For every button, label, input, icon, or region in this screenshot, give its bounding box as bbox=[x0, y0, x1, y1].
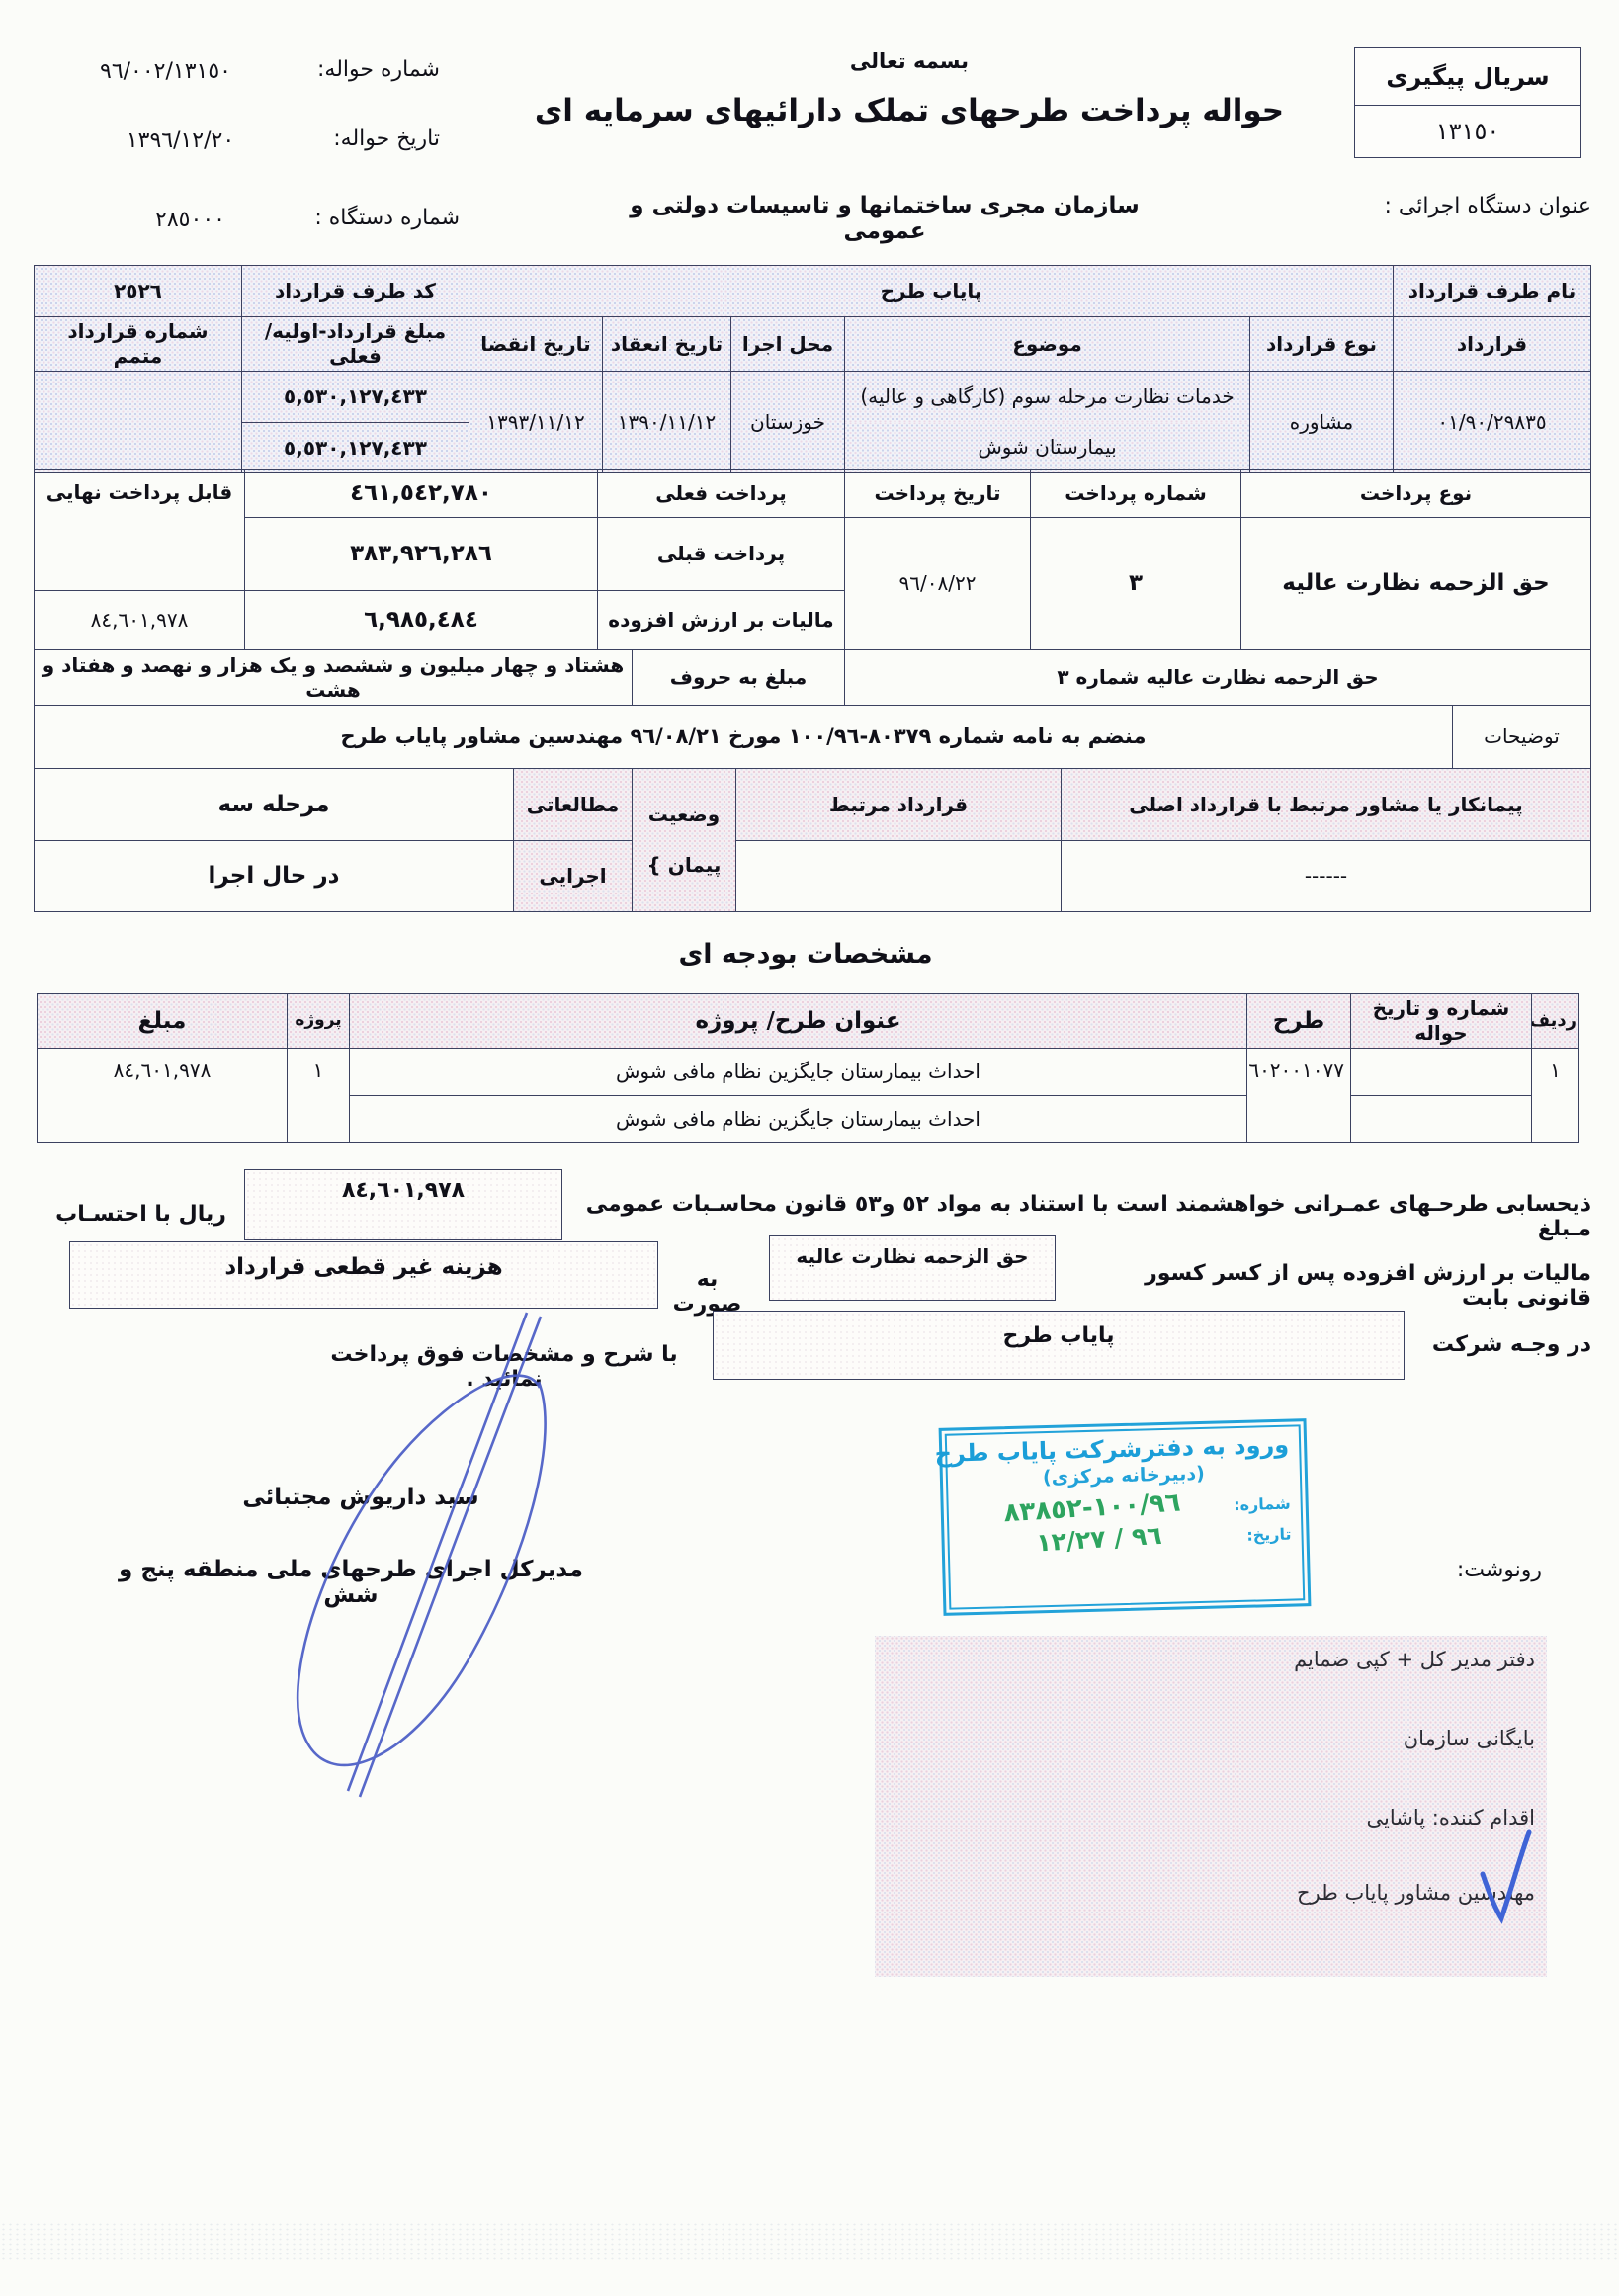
budget-project-header: پروژه bbox=[288, 994, 350, 1049]
notes-row: توضیحات منضم به نامه شماره ٨٠٣٧٩-١٠٠/٩٦ … bbox=[35, 705, 1591, 768]
authorization-line1: ذیحسابی طرحـهای عمـرانی خواهشمند است با … bbox=[568, 1192, 1591, 1241]
contract-amount-current: ٥,٥٣٠,١٢٧,٤٣٣ bbox=[241, 423, 469, 473]
contract-signed-header: تاریخ انعقاد bbox=[603, 317, 731, 372]
copies-item-3: اقدام کننده: پاشایی bbox=[1367, 1806, 1535, 1829]
contract-amount-initial: ٥,٥٣٠,١٢٧,٤٣٣ bbox=[241, 372, 469, 423]
authorization-line3: در وجـه شرکت bbox=[1431, 1332, 1591, 1357]
tracking-serial-label: سریال پیگیری bbox=[1355, 48, 1580, 106]
copies-list-block: دفتر مدیر کل + کپی ضمایم بایگانی سازمان … bbox=[875, 1636, 1547, 1977]
executive-label: اجرایی bbox=[514, 841, 633, 912]
contract-table: نام طرف قرارداد پایاب طرح کد طرف قرارداد… bbox=[35, 265, 1591, 469]
copies-item-1: دفتر مدیر کل + کپی ضمایم bbox=[1294, 1648, 1535, 1671]
contract-subject-line2: بیمارستان شوش bbox=[845, 423, 1250, 473]
payment-subject-box-value: حق الزحمه نظارت عالیه bbox=[796, 1236, 1028, 1300]
scan-noise-band bbox=[0, 2222, 1619, 2261]
budget-amount-header: مبلغ bbox=[38, 994, 288, 1049]
contract-supplement-value bbox=[34, 372, 241, 473]
payment-type-header: نوع پرداخت bbox=[1241, 470, 1591, 518]
state-word-1: وضعیت bbox=[639, 803, 729, 827]
party-name-value: پایاب طرح bbox=[469, 266, 1393, 317]
payment-order-document: سریال پیگیری ١٣١٥٠ بسمه تعالی حواله پردا… bbox=[0, 0, 1619, 2296]
contract-no-header: قرارداد bbox=[1394, 317, 1591, 372]
contract-type-header: نوع قرارداد bbox=[1250, 317, 1394, 372]
payment-method-box: هزینه غیر قطعی قرارداد bbox=[69, 1241, 658, 1309]
related-contract-header: قرارداد مرتبط bbox=[736, 769, 1062, 841]
contractor-header: پیمانکار یا مشاور مرتبط با قرارداد اصلی bbox=[1062, 769, 1591, 841]
stamp-date-label: تاریخ: bbox=[1246, 1525, 1292, 1545]
party-code-label: کد طرف قرارداد bbox=[241, 266, 469, 317]
contract-amount-header: مبلغ قرارداد-اولیه/فعلی bbox=[241, 317, 469, 372]
budget-section-title: مشخصات بودجه ای bbox=[593, 939, 1018, 970]
related-contract-value bbox=[736, 841, 1062, 912]
contract-supplement-header: شماره قرارداد متمم bbox=[34, 317, 241, 372]
amount-box-value: ٨٤,٦٠١,٩٧٨ bbox=[342, 1170, 465, 1239]
payment-number-value: ٣ bbox=[1031, 518, 1241, 650]
brace-glyph: { bbox=[647, 853, 661, 877]
signatory-title: مدیرکل اجرای طرحهای ملی منطقه پنج و شش bbox=[99, 1557, 603, 1608]
contract-expiry-header: تاریخ انقضا bbox=[469, 317, 602, 372]
payee-box: پایاب طرح bbox=[713, 1311, 1405, 1380]
payment-payable-value: ٨٤,٦٠١,٩٧٨ bbox=[35, 591, 245, 650]
copies-item-4: مهندسین مشاور پایاب طرح bbox=[1297, 1881, 1535, 1905]
amount-words-label: مبلغ به حروف bbox=[633, 650, 845, 706]
budget-row-index: ١ bbox=[1532, 1049, 1579, 1143]
budget-row-header: ردیف bbox=[1532, 994, 1579, 1049]
notes-prefix: منضم به نامه شماره bbox=[939, 724, 1147, 748]
budget-plan-header: طرح bbox=[1247, 994, 1351, 1049]
agency-code-label: شماره دستگاه : bbox=[282, 206, 460, 230]
tracking-serial-value: ١٣١٥٠ bbox=[1355, 106, 1580, 157]
doc-date-value: ١٣٩٦/١٢/٢٠ bbox=[79, 128, 282, 153]
bismillah: بسمه تعالی bbox=[761, 49, 1058, 73]
payment-vat-label: مالیات بر ارزش افزوده bbox=[598, 591, 845, 650]
contract-subject-header: موضوع bbox=[845, 317, 1250, 372]
signatory-name: سید داریوش مجتبائی bbox=[188, 1485, 534, 1510]
state-word-2: { پیمان bbox=[639, 853, 729, 878]
phase-state-value: در حال اجرا bbox=[35, 841, 514, 912]
tracking-serial-box: سریال پیگیری ١٣١٥٠ bbox=[1354, 47, 1581, 158]
payment-type-value: حق الزحمه نظارت عالیه bbox=[1241, 518, 1591, 650]
budget-title-line2: احداث بیمارستان جایگزین نظام مافی شوش bbox=[350, 1096, 1247, 1143]
copies-label: رونوشت: bbox=[1404, 1558, 1542, 1582]
contractor-value: ------ bbox=[1062, 841, 1591, 912]
doc-date-label: تاریخ حواله: bbox=[287, 127, 440, 151]
payment-number-header: شماره پرداخت bbox=[1031, 470, 1241, 518]
budget-ref-cell-1 bbox=[1351, 1049, 1532, 1096]
budget-ref-header: شماره و تاریخ حواله bbox=[1351, 994, 1532, 1049]
contract-state-label: وضعیت { پیمان bbox=[633, 769, 736, 912]
budget-project-no: ١ bbox=[288, 1049, 350, 1143]
budget-ref-cell-2 bbox=[1351, 1096, 1532, 1143]
amount-words-title: حق الزحمه نظارت عالیه شماره ٣ bbox=[845, 650, 1591, 706]
authorization-line1-suffix: ریال با احتسـاب bbox=[49, 1202, 232, 1227]
contract-location-header: محل اجرا bbox=[731, 317, 845, 372]
company-entry-stamp: ورود به دفترشرکت پایاب طرح (دبیرخانه مرک… bbox=[939, 1418, 1312, 1616]
copies-item-2: بایگانی سازمان bbox=[1404, 1727, 1535, 1750]
doc-number-label: شماره حواله: bbox=[277, 57, 440, 82]
stamp-number-label: شماره: bbox=[1234, 1493, 1291, 1513]
payment-vat-value: ٦,٩٨٥,٤٨٤ bbox=[245, 591, 598, 650]
notes-suffix: مورخ ٩٦/٠٨/٢١ مهندسین مشاور پایاب طرح bbox=[340, 724, 781, 748]
payment-subject-box: حق الزحمه نظارت عالیه bbox=[769, 1235, 1056, 1301]
payment-date-header: تاریخ پرداخت bbox=[845, 470, 1031, 518]
contract-type-value: مشاوره bbox=[1250, 372, 1394, 473]
budget-title-line1: احداث بیمارستان جایگزین نظام مافی شوش bbox=[350, 1049, 1247, 1096]
party-name-label: نام طرف قرارداد bbox=[1394, 266, 1591, 317]
notes-label: توضیحات bbox=[1453, 706, 1591, 769]
notes-ref-no: ٨٠٣٧٩-١٠٠/٩٦ bbox=[789, 723, 932, 749]
phase-value: مرحله سه bbox=[35, 769, 514, 841]
contract-no-value: ٠١/٩٠/٢٩٨٣٥ bbox=[1394, 372, 1591, 473]
payment-current-value: ٤٦١,٥٤٢,٧٨٠ bbox=[245, 470, 598, 518]
agency-label: عنوان دستگاه اجرائی : bbox=[1369, 194, 1591, 218]
doc-number-value: ٩٦/٠٠٢/١٣١٥٠ bbox=[59, 59, 272, 84]
amount-words-text: هشتاد و چهار میلیون و ششصد و یک هزار و ن… bbox=[35, 650, 633, 706]
payment-table: نوع پرداخت شماره پرداخت تاریخ پرداخت پرد… bbox=[35, 469, 1591, 649]
study-label: مطالعاتی bbox=[514, 769, 633, 841]
page-title: حواله پرداخت طرحهای تملک دارائیهای سرمای… bbox=[534, 93, 1285, 128]
agency-name: سازمان مجری ساختمانها و تاسیسات دولتی و … bbox=[608, 193, 1161, 244]
state-word-2-text: پیمان bbox=[668, 853, 722, 877]
payee-box-value: پایاب طرح bbox=[1002, 1312, 1114, 1379]
payment-previous-value: ٣٨٣,٩٢٦,٢٨٦ bbox=[245, 518, 598, 591]
contract-subject-line1: خدمات نظارت مرحله سوم (کارگاهی و عالیه) bbox=[845, 372, 1250, 423]
contract-location-value: خوزستان bbox=[731, 372, 845, 473]
party-code-value: ٢٥٢٦ bbox=[34, 266, 241, 317]
contract-expiry-value: ١٣٩٣/١١/١٢ bbox=[469, 372, 602, 473]
budget-table: ردیف شماره و تاریخ حواله طرح عنوان طرح/ … bbox=[38, 993, 1579, 1137]
agency-code-value: ٢٨٥٠٠٠ bbox=[104, 208, 277, 232]
budget-title-header: عنوان طرح/ پروژه bbox=[350, 994, 1247, 1049]
payment-payable-label: قابل پرداخت نهایی bbox=[35, 470, 245, 591]
amount-words-row: حق الزحمه نظارت عالیه شماره ٣ مبلغ به حر… bbox=[35, 649, 1591, 705]
authorization-line2-mid: به صورت bbox=[660, 1267, 754, 1317]
contract-signed-value: ١٣٩٠/١١/١٢ bbox=[603, 372, 731, 473]
notes-text: منضم به نامه شماره ٨٠٣٧٩-١٠٠/٩٦ مورخ ٩٦/… bbox=[35, 706, 1453, 769]
status-table: پیمانکار یا مشاور مرتبط با قرارداد اصلی … bbox=[35, 768, 1591, 911]
payment-previous-label: پرداخت قبلی bbox=[598, 518, 845, 591]
payment-current-label: پرداخت فعلی bbox=[598, 470, 845, 518]
budget-amount-value: ٨٤,٦٠١,٩٧٨ bbox=[38, 1049, 288, 1143]
amount-box: ٨٤,٦٠١,٩٧٨ bbox=[244, 1169, 562, 1240]
budget-plan-no: ١٦٠٢٠٠١٠٧٧ bbox=[1247, 1049, 1351, 1143]
payment-date-value: ٩٦/٠٨/٢٢ bbox=[845, 518, 1031, 650]
authorization-line3-suffix: با شرح و مشخصات فوق پرداخت نمائید . bbox=[306, 1342, 702, 1392]
authorization-line2: مالیات بر ارزش افزوده پس از کسر کسور قان… bbox=[1065, 1261, 1591, 1311]
payment-method-box-value: هزینه غیر قطعی قرارداد bbox=[224, 1242, 502, 1308]
